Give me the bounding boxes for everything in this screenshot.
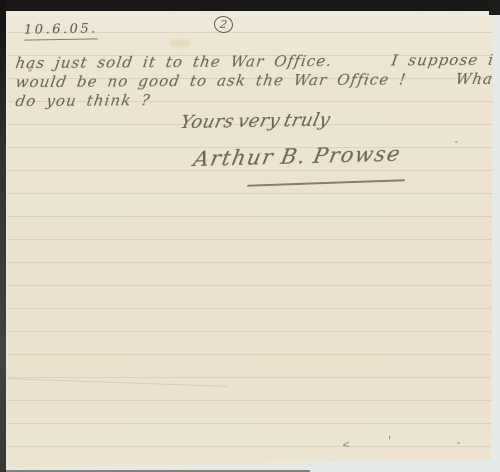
body-line: would be no good to ask the War Office !… [14,70,500,91]
page-number: 2 [219,18,228,32]
scan-corner-top-right [489,0,500,15]
body-line: has just sold it to the War Office. I su… [14,51,500,72]
paper-speck [457,442,460,444]
pencil-mark: ' [388,434,391,448]
page-number-badge: 2 [213,15,234,34]
letter-paper: 10.6.05. 2 has just sold it to the War O… [7,10,493,469]
body-line: do you think ? [14,91,152,110]
paper-speck [455,141,458,143]
valediction: Yours very truly [178,109,332,133]
signature: Arthur B. Prowse [192,142,404,171]
signature-underline [247,179,405,186]
scanned-letter-screenshot: { "document": { "date": "10.6.05.", "pag… [0,0,500,472]
paper-stain [170,39,190,47]
scan-edge-left [0,0,6,472]
pencil-mark: < [341,439,351,451]
paper-crease [7,378,227,387]
letter-date: 10.6.05. [24,21,98,40]
scan-edge-top [0,0,500,11]
